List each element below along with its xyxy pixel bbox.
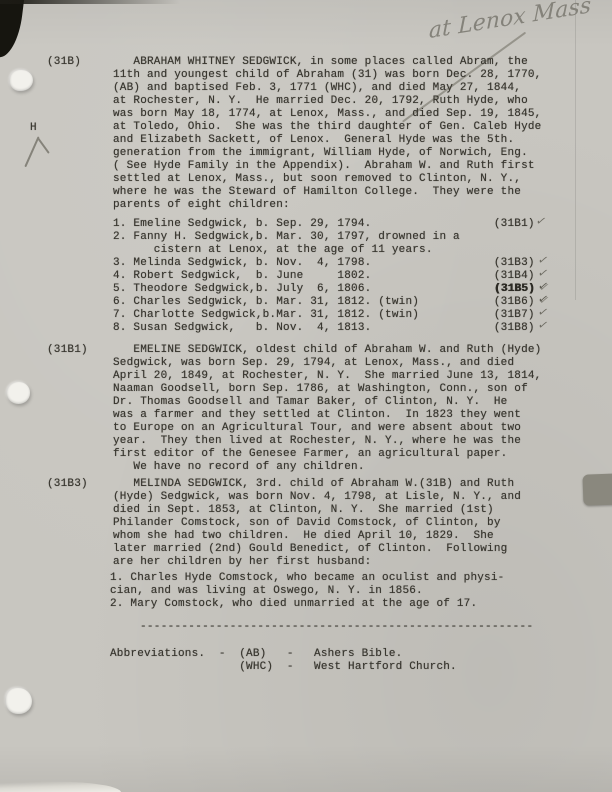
pencil-caret-stroke [24, 136, 39, 167]
section-code: (31B) [47, 56, 113, 212]
checkmark-icon: ✓ [536, 318, 550, 332]
hole-punch-middle [7, 382, 30, 404]
page-right-edge-line [575, 0, 576, 300]
margin-letter: H [30, 122, 37, 135]
overstruck-code: (31B5) [494, 283, 535, 296]
section-code: (31B3) [47, 478, 113, 569]
checkmark-icon: ✓ [534, 214, 548, 228]
descendants-list: 1. Charles Hyde Comstock, who became an … [110, 572, 504, 611]
handwritten-note: at Lenox Mass [429, 0, 591, 38]
binding-tab [582, 473, 612, 505]
separator-line: ----------------------------------------… [140, 621, 533, 634]
hole-punch-top [10, 70, 33, 91]
section-code: (31B1) [47, 344, 113, 474]
section-body-text: MELINDA SEDGWICK, 3rd. child of Abraham … [113, 478, 521, 569]
hole-punch-bottom [6, 688, 32, 714]
section-31B3: (31B3) MELINDA SEDGWICK, 3rd. child of A… [47, 478, 521, 569]
children-list: 1. Emeline Sedgwick, b. Sep. 29, 1794. (… [113, 218, 535, 335]
abbreviations-block: Abbreviations. - (AB) - Ashers Bible. (W… [110, 648, 457, 674]
section-body-text: ABRAHAM WHITNEY SEDGWICK, in some places… [113, 56, 541, 212]
page-bottom-edge-highlight [0, 779, 121, 792]
scanned-document-page: at Lenox Mass H (31B) ABRAHAM WHITNEY SE… [0, 0, 612, 792]
page-top-edge-shadow [0, 0, 180, 4]
section-31B: (31B) ABRAHAM WHITNEY SEDGWICK, in some … [47, 56, 541, 212]
page-corner-shadow [0, 0, 25, 59]
section-body-text: EMELINE SEDGWICK, oldest child of Abraha… [113, 344, 541, 474]
section-31B1: (31B1) EMELINE SEDGWICK, oldest child of… [47, 344, 541, 474]
